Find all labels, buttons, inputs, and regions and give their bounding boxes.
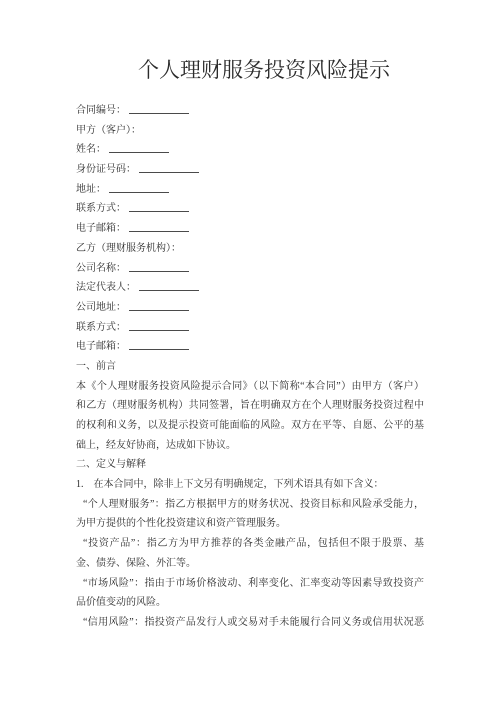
field-row: 联系方式： bbox=[76, 199, 424, 219]
blank-underline bbox=[129, 321, 189, 331]
field-row: 地址： bbox=[76, 180, 424, 200]
document-page: 个人理财服务投资风险提示 合同编号：甲方（客户）：姓名：身份证号码：地址：联系方… bbox=[0, 0, 500, 707]
field-label: 合同编号： bbox=[76, 105, 126, 116]
field-label: 联系方式： bbox=[76, 322, 126, 333]
text-line: 品价值变动的风险。 bbox=[76, 593, 424, 613]
field-row: 法定代表人： bbox=[76, 278, 424, 298]
field-row: 乙方（理财服务机构）： bbox=[76, 239, 424, 259]
blank-underline bbox=[129, 340, 189, 350]
blank-underline bbox=[129, 202, 189, 212]
blank-underline bbox=[139, 163, 199, 173]
field-label: 法定代表人： bbox=[76, 282, 136, 293]
field-row: 公司地址： bbox=[76, 298, 424, 318]
field-row: 合同编号： bbox=[76, 101, 424, 121]
text-line: 础上，经友好协商，达成如下协议。 bbox=[76, 436, 424, 456]
blank-underline bbox=[139, 281, 199, 291]
blank-underline bbox=[109, 183, 169, 193]
text-line: “投资产品”：指乙方为甲方推荐的各类金融产品，包括但不限于股票、基 bbox=[76, 534, 424, 554]
document-title: 个人理财服务投资风险提示 bbox=[28, 0, 500, 84]
document-body: 合同编号：甲方（客户）：姓名：身份证号码：地址：联系方式：电子邮箱：乙方（理财服… bbox=[76, 101, 424, 633]
field-label: 电子邮箱： bbox=[76, 341, 126, 352]
text-line: 本《个人理财服务投资风险提示合同》（以下简称“本合同”）由甲方（客户） bbox=[76, 377, 424, 397]
text-line: 和乙方（理财服务机构）共同签署，旨在明确双方在个人理财服务投资过程中 bbox=[76, 396, 424, 416]
text-line: 为甲方提供的个性化投资建议和资产管理服务。 bbox=[76, 514, 424, 534]
text-line: “个人理财服务”：指乙方根据甲方的财务状况、投资目标和风险承受能力， bbox=[76, 495, 424, 515]
field-label: 电子邮箱： bbox=[76, 223, 126, 234]
field-label: 公司名称： bbox=[76, 263, 126, 274]
field-label: 乙方（理财服务机构）： bbox=[76, 243, 181, 254]
blank-underline bbox=[129, 104, 189, 114]
text-line: “信用风险”：指投资产品发行人或交易对手未能履行合同义务或信用状况恶 bbox=[76, 613, 424, 633]
field-row: 身份证号码： bbox=[76, 160, 424, 180]
blank-underline bbox=[129, 301, 189, 311]
section-heading: 二、定义与解释 bbox=[76, 455, 424, 475]
field-label: 地址： bbox=[76, 184, 106, 195]
blank-underline bbox=[129, 262, 189, 272]
field-row: 甲方（客户）： bbox=[76, 121, 424, 141]
text-line: “市场风险”：指由于市场价格波动、利率变化、汇率变动等因素导致投资产 bbox=[76, 574, 424, 594]
field-label: 甲方（客户）： bbox=[76, 125, 141, 136]
text-line: 的权利和义务，以及提示投资可能面临的风险。双方在平等、自愿、公平的基 bbox=[76, 416, 424, 436]
field-row: 姓名： bbox=[76, 140, 424, 160]
field-label: 联系方式： bbox=[76, 203, 126, 214]
field-label: 公司地址： bbox=[76, 302, 126, 313]
blank-underline bbox=[129, 222, 189, 232]
field-label: 姓名： bbox=[76, 144, 106, 155]
section-heading: 一、前言 bbox=[76, 357, 424, 377]
text-line: 1. 在本合同中，除非上下文另有明确规定，下列术语具有如下含义： bbox=[76, 475, 424, 495]
field-row: 公司名称： bbox=[76, 259, 424, 279]
field-row: 电子邮箱： bbox=[76, 219, 424, 239]
blank-underline bbox=[109, 143, 169, 153]
field-row: 电子邮箱： bbox=[76, 337, 424, 357]
text-line: 金、债券、保险、外汇等。 bbox=[76, 554, 424, 574]
field-label: 身份证号码： bbox=[76, 164, 136, 175]
field-row: 联系方式： bbox=[76, 318, 424, 338]
